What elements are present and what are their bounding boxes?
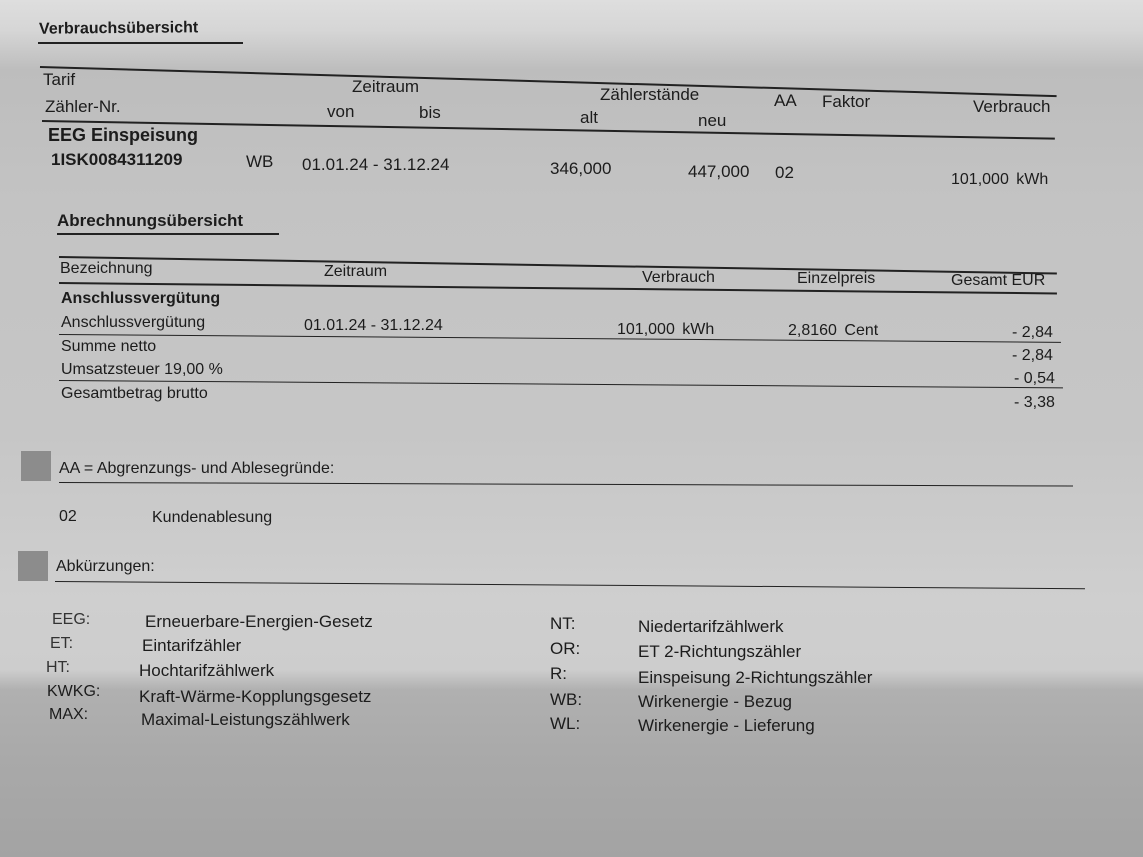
abbr-label: Einspeisung 2-Richtungszähler: [638, 668, 872, 688]
billing-item-consumption: 101,000 kWh: [617, 321, 714, 339]
summary-gross-label: Gesamtbetrag brutto: [61, 385, 208, 403]
abbr-code: OR:: [550, 639, 580, 659]
header-factor: Faktor: [822, 92, 870, 112]
header-designation: Bezeichnung: [60, 260, 153, 278]
abbr-code: MAX:: [49, 706, 88, 724]
abbr-code: R:: [550, 664, 567, 684]
billing-top-rule: [59, 256, 1057, 275]
tarif-name: EEG Einspeisung: [48, 125, 198, 146]
title-underline: [38, 42, 243, 44]
abbr-label: Erneuerbare-Energien-Gesetz: [145, 612, 373, 632]
meter-type: WB: [246, 152, 273, 172]
header-billing-consumption: Verbrauch: [642, 269, 715, 287]
abbr-label: Maximal-Leistungszählwerk: [141, 710, 350, 730]
abbr-code: HT:: [46, 659, 70, 677]
billing-summary-rule: [59, 380, 1063, 388]
header-to: bis: [419, 103, 441, 123]
section-marker-square: [18, 551, 48, 581]
abbr-code: EEG:: [52, 611, 90, 629]
summary-vat-label: Umsatzsteuer 19,00 %: [61, 361, 223, 379]
reason-label: Kundenablesung: [152, 509, 272, 527]
header-meter-no: Zähler-Nr.: [45, 97, 121, 117]
header-billing-period: Zeitraum: [324, 263, 387, 281]
billing-title-underline: [57, 233, 279, 235]
summary-gross-value: - 3,38: [1014, 394, 1055, 412]
header-tarif: Tarif: [43, 70, 75, 90]
invoice-page: Verbrauchsübersicht Tarif Zeitraum Zähle…: [0, 0, 1143, 857]
header-total: Gesamt EUR: [951, 272, 1045, 290]
abbr-label: Hochtarifzählwerk: [139, 661, 274, 681]
billing-item-designation: Anschlussvergütung: [61, 314, 205, 332]
abbr-label: Wirkenergie - Lieferung: [638, 716, 815, 736]
section-marker-square: [21, 451, 51, 481]
reading-aa: 02: [775, 163, 794, 183]
abbr-label: Kraft-Wärme-Kopplungsgesetz: [139, 687, 371, 707]
header-readings: Zählerstände: [600, 85, 699, 105]
reading-period: 01.01.24 - 31.12.24: [302, 155, 449, 175]
header-from: von: [327, 102, 354, 122]
billing-item-unit-price: 2,8160 Cent: [788, 322, 878, 340]
header-period: Zeitraum: [352, 77, 419, 97]
header-new: neu: [698, 111, 726, 131]
billing-item-rule: [59, 334, 1061, 343]
reading-reasons-rule: [59, 482, 1073, 487]
abbreviations-title: Abkürzungen:: [56, 558, 155, 576]
summary-vat-value: - 0,54: [1014, 370, 1055, 388]
abbr-code: NT:: [550, 614, 576, 634]
reading-reasons-title: AA = Abgrenzungs- und Ablesegründe:: [59, 460, 334, 478]
abbr-label: Eintarifzähler: [142, 636, 241, 656]
abbr-code: WB:: [550, 690, 582, 710]
abbr-label: ET 2-Richtungszähler: [638, 642, 801, 662]
billing-item-period: 01.01.24 - 31.12.24: [304, 317, 443, 335]
reading-old: 346,000: [550, 159, 611, 179]
abbr-label: Niedertarifzählwerk: [638, 617, 784, 637]
summary-net-value: - 2,84: [1012, 347, 1053, 365]
reading-new: 447,000: [688, 162, 749, 182]
summary-net-label: Summe netto: [61, 338, 156, 356]
abbreviations-rule: [55, 581, 1085, 589]
header-consumption: Verbrauch: [973, 97, 1051, 117]
meter-number: 1ISK0084311209: [51, 150, 182, 170]
table-top-rule: [40, 66, 1057, 97]
consumption-overview-title: Verbrauchsübersicht: [39, 19, 198, 38]
consumption-value: 101,000 kWh: [951, 171, 1048, 189]
abbr-code: WL:: [550, 714, 580, 734]
billing-item-total: - 2,84: [1012, 324, 1053, 342]
billing-overview-title: Abrechnungsübersicht: [57, 211, 243, 231]
header-aa: AA: [774, 91, 797, 111]
reason-code: 02: [59, 508, 77, 526]
header-unit-price: Einzelpreis: [797, 270, 875, 288]
abbr-label: Wirkenergie - Bezug: [638, 692, 792, 712]
abbr-code: KWKG:: [47, 683, 100, 701]
billing-group-title: Anschlussvergütung: [61, 290, 220, 308]
header-old: alt: [580, 108, 598, 128]
abbr-code: ET:: [50, 635, 73, 653]
